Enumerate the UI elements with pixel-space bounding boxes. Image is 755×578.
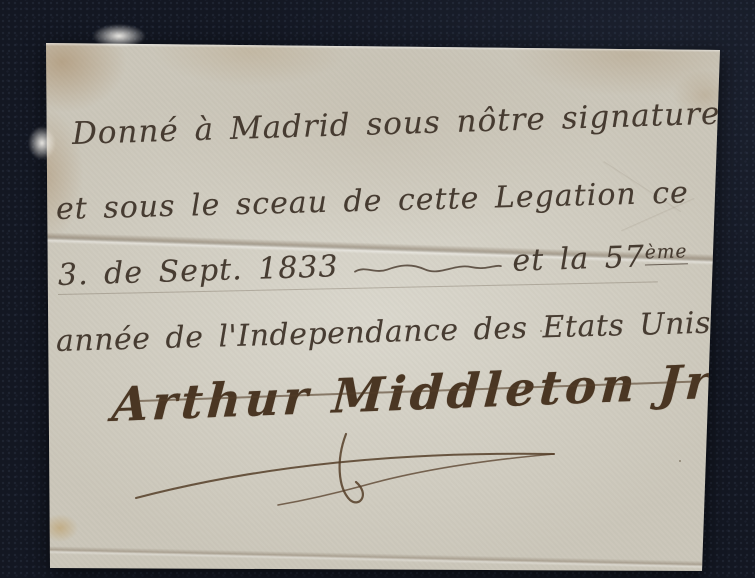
paper-bottom-fold bbox=[46, 546, 708, 569]
paper-wrap: Donné à Madrid sous nôtre signature et s… bbox=[0, 0, 755, 578]
torn-fiber bbox=[92, 24, 146, 48]
manuscript-line-2: et sous le sceau de cette Legation ce bbox=[56, 175, 690, 227]
photo-background: Donné à Madrid sous nôtre signature et s… bbox=[0, 0, 755, 578]
paper-top-edge-highlight bbox=[46, 43, 722, 52]
signature-flourish bbox=[130, 432, 560, 512]
manuscript-line-1: Donné à Madrid sous nôtre signature bbox=[71, 96, 720, 152]
manuscript-year-count: et la 57 bbox=[512, 240, 646, 279]
document-paper: Donné à Madrid sous nôtre signature et s… bbox=[0, 0, 755, 578]
ink-squiggle bbox=[352, 257, 502, 278]
torn-fiber bbox=[28, 126, 56, 160]
signature: Arthur Middleton Jr. bbox=[110, 354, 732, 433]
ink-speck bbox=[679, 460, 681, 462]
manuscript-line-4: année de l'Independance des Etats Unis. bbox=[56, 305, 722, 359]
manuscript-ordinal: ème bbox=[644, 241, 687, 265]
manuscript-date: 3. de Sept. 1833 bbox=[57, 249, 339, 293]
